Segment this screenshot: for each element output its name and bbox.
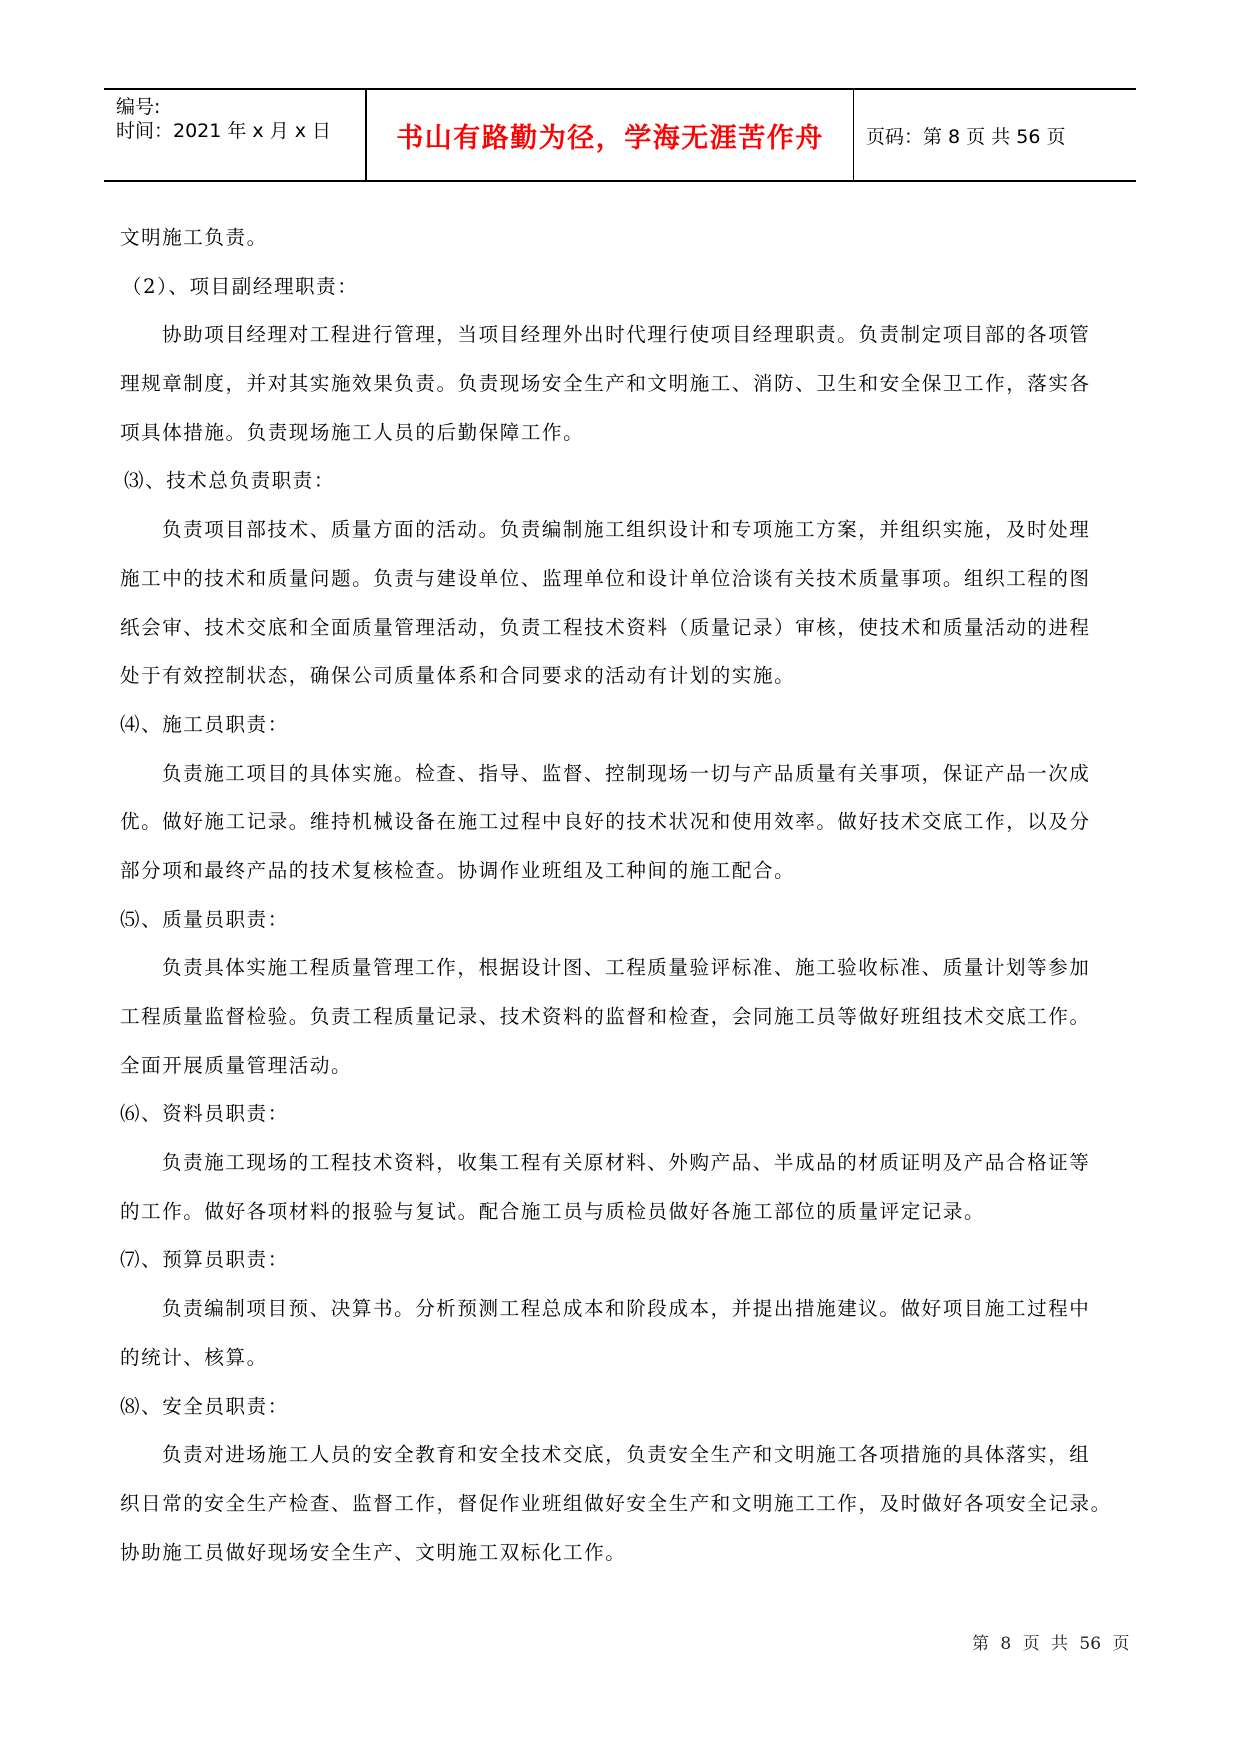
header-page-info: 页码：第 8 页 共 56 页 [866, 122, 1065, 149]
document-number-label: 编号: [116, 92, 160, 119]
body-line: 负责对进场施工人员的安全教育和安全技术交底，负责安全生产和文明施工各项措施的具体… [120, 1441, 1120, 1490]
body-line: 优。做好施工记录。维持机械设备在施工过程中良好的技术状况和使用效率。做好技术交底… [120, 808, 1120, 857]
body-line: 协助项目经理对工程进行管理，当项目经理外出时代理行使项目经理职责。负责制定项目部… [120, 321, 1120, 370]
document-header-table: 编号: 时间：2021 年 x 月 x 日 书山有路勤为径，学海无涯苦作舟 页码… [104, 88, 1136, 182]
section-heading-7: ⑺、预算员职责： [120, 1246, 1120, 1295]
page-footer-number: 第 8 页 共 56 页 [972, 1629, 1129, 1654]
section-heading-8: ⑻、安全员职责： [120, 1393, 1120, 1442]
body-line: 织日常的安全生产检查、监督工作，督促作业班组做好安全生产和文明施工工作，及时做好… [120, 1490, 1120, 1539]
body-line: 的工作。做好各项材料的报验与复试。配合施工员与质检员做好各施工部位的质量评定记录… [120, 1198, 1120, 1247]
body-line: 负责具体实施工程质量管理工作，根据设计图、工程质量验评标准、施工验收标准、质量计… [120, 954, 1120, 1003]
body-line: 处于有效控制状态，确保公司质量体系和合同要求的活动有计划的实施。 [120, 662, 1120, 711]
body-line: 纸会审、技术交底和全面质量管理活动，负责工程技术资料（质量记录）审核，使技术和质… [120, 614, 1120, 663]
document-body: 文明施工负责。 （2）、项目副经理职责： 协助项目经理对工程进行管理，当项目经理… [120, 224, 1120, 1587]
section-heading-2: （2）、项目副经理职责： [120, 273, 1120, 322]
header-motto: 书山有路勤为径，学海无涯苦作舟 [396, 116, 824, 155]
section-heading-6: ⑹、资料员职责： [120, 1100, 1120, 1149]
body-line: 理规章制度，并对其实施效果负责。负责现场安全生产和文明施工、消防、卫生和安全保卫… [120, 370, 1120, 419]
body-line: 协助施工员做好现场安全生产、文明施工双标化工作。 [120, 1539, 1120, 1588]
body-line: 的统计、核算。 [120, 1344, 1120, 1393]
section-heading-4: ⑷、施工员职责： [120, 711, 1120, 760]
body-line: 全面开展质量管理活动。 [120, 1052, 1120, 1101]
document-date-label: 时间：2021 年 x 月 x 日 [116, 116, 331, 143]
body-line: 工程质量监督检验。负责工程质量记录、技术资料的监督和检查，会同施工员等做好班组技… [120, 1003, 1120, 1052]
header-motto-cell: 书山有路勤为径，学海无涯苦作舟 [367, 90, 854, 180]
section-heading-3: ⑶、技术总负责职责： [120, 467, 1120, 516]
body-line: 文明施工负责。 [120, 224, 1120, 273]
body-line: 负责编制项目预、决算书。分析预测工程总成本和阶段成本，并提出措施建议。做好项目施… [120, 1295, 1120, 1344]
body-line: 项具体措施。负责现场施工人员的后勤保障工作。 [120, 419, 1120, 468]
body-line: 负责项目部技术、质量方面的活动。负责编制施工组织设计和专项施工方案，并组织实施，… [120, 516, 1120, 565]
body-line: 负责施工现场的工程技术资料，收集工程有关原材料、外购产品、半成品的材质证明及产品… [120, 1149, 1120, 1198]
body-line: 部分项和最终产品的技术复核检查。协调作业班组及工种间的施工配合。 [120, 857, 1120, 906]
body-line: 施工中的技术和质量问题。负责与建设单位、监理单位和设计单位洽谈有关技术质量事项。… [120, 565, 1120, 614]
header-meta-cell: 编号: 时间：2021 年 x 月 x 日 [104, 90, 367, 180]
body-line: 负责施工项目的具体实施。检查、指导、监督、控制现场一切与产品质量有关事项，保证产… [120, 760, 1120, 809]
section-heading-5: ⑸、质量员职责： [120, 906, 1120, 955]
header-page-cell: 页码：第 8 页 共 56 页 [854, 90, 1136, 180]
